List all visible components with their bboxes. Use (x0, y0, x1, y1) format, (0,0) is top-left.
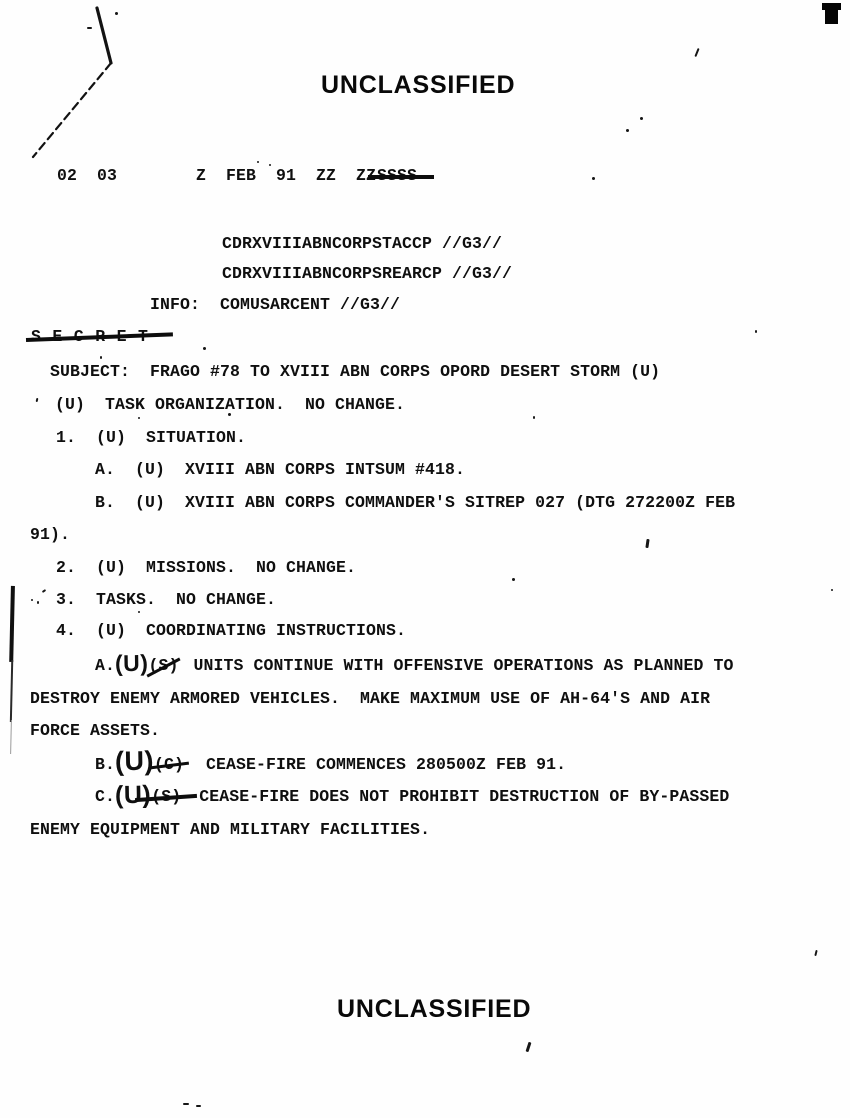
ink-speck (814, 950, 817, 956)
classification-footer: UNCLASSIFIED (337, 997, 531, 1022)
paragraph-1b: B. (U) XVIII ABN CORPS COMMANDER'S SITRE… (95, 494, 735, 513)
paragraph-4b-letter: B. (95, 755, 115, 774)
ink-speck (269, 164, 271, 166)
ink-speck (42, 589, 46, 593)
ink-speck (592, 177, 595, 180)
scanned-document-page: UNCLASSIFIED 02 03 Z FEB 91 ZZ ZZ SSSS C… (0, 0, 850, 1118)
ink-speck (31, 599, 33, 601)
paragraph-4: 4. (U) COORDINATING INSTRUCTIONS. (56, 622, 406, 641)
ink-speck (512, 578, 515, 581)
paragraph-4a-continuation: DESTROY ENEMY ARMORED VEHICLES. MAKE MAX… (30, 690, 710, 709)
ink-speck (640, 117, 643, 120)
ink-speck (138, 417, 140, 419)
ink-speck (228, 413, 231, 416)
ink-speck (196, 1105, 201, 1107)
handwritten-u-marking: (U) (115, 663, 148, 664)
struck-classification-marking: (C) (154, 756, 184, 775)
paragraph-4c-text: CEASE-FIRE DOES NOT PROHIBIT DESTRUCTION… (199, 787, 729, 806)
paragraph-4c-letter: C. (95, 787, 115, 806)
ink-speck (645, 539, 649, 548)
ink-speck (138, 611, 140, 613)
ink-speck (526, 1042, 532, 1052)
paragraph-4a: A.(U)(S)UNITS CONTINUE WITH OFFENSIVE OP… (95, 657, 734, 676)
paragraph-4a-text: UNITS CONTINUE WITH OFFENSIVE OPERATIONS… (193, 656, 733, 675)
ink-speck (100, 356, 102, 359)
address-info-line: INFO: COMUSARCENT //G3// (150, 296, 400, 315)
classification-header: UNCLASSIFIED (321, 73, 515, 98)
paragraph-4a-continuation: FORCE ASSETS. (30, 722, 160, 741)
ink-speck (533, 416, 535, 419)
address-to-line: CDRXVIIIABNCORPSREARCP //G3// (222, 265, 512, 284)
address-to-line: CDRXVIIIABNCORPSTACCP //G3// (222, 235, 502, 254)
dtg-text: Z FEB 91 ZZ ZZ (196, 167, 376, 186)
handwritten-u-marking: (U) (115, 795, 151, 796)
ink-speck (37, 601, 39, 604)
redaction-box (825, 4, 838, 24)
paragraph-1: 1. (U) SITUATION. (56, 429, 246, 448)
ink-speck (115, 12, 118, 15)
ink-speck (36, 398, 39, 402)
paragraph-1b-continuation: 91). (30, 526, 70, 545)
ink-speck (203, 347, 206, 350)
paragraph-4c: C.(U)(S)CEASE-FIRE DOES NOT PROHIBIT DES… (95, 788, 729, 807)
paragraph-3: 3. TASKS. NO CHANGE. (56, 591, 276, 610)
paragraph-4b: B.(U)(C)CEASE-FIRE COMMENCES 280500Z FEB… (95, 756, 566, 775)
pen-stroke-mark (20, 0, 150, 170)
paragraph-4a-letter: A. (95, 656, 115, 675)
paragraph-4b-text: CEASE-FIRE COMMENCES 280500Z FEB 91. (206, 755, 566, 774)
paragraph-2: 2. (U) MISSIONS. NO CHANGE. (56, 559, 356, 578)
ink-speck (694, 48, 699, 57)
ink-speck (257, 161, 259, 163)
paragraph-4c-continuation: ENEMY EQUIPMENT AND MILITARY FACILITIES. (30, 821, 430, 840)
ink-speck (87, 27, 92, 29)
ink-speck (183, 1103, 189, 1105)
struck-classification-marking: (S) (151, 788, 181, 807)
ink-speck (626, 129, 629, 132)
pen-margin-mark (7, 586, 19, 756)
ink-speck (831, 589, 833, 591)
page-numbers: 02 03 (57, 167, 117, 186)
subject-line: SUBJECT: FRAGO #78 TO XVIII ABN CORPS OP… (50, 363, 660, 382)
handwritten-u-marking: (U) (115, 761, 154, 762)
ink-speck (755, 330, 757, 333)
paragraph-1a: A. (U) XVIII ABN CORPS INTSUM #418. (95, 461, 465, 480)
struck-classification-marking: (S) (148, 657, 178, 676)
strike-line (368, 175, 434, 179)
